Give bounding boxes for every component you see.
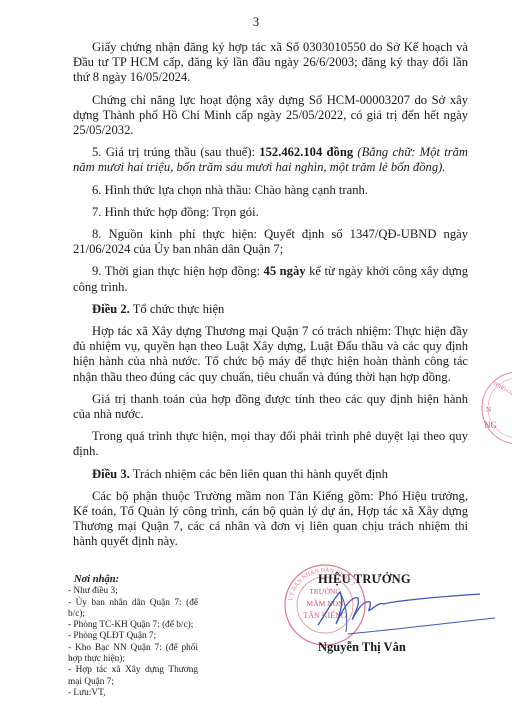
paragraph-p9: Hợp tác xã Xây dựng Thương mại Quận 7 có…: [73, 324, 468, 385]
text-run: Tổ chức thực hiện: [130, 302, 225, 316]
text-run: Các bộ phận thuộc Trường mầm non Tân Kiể…: [73, 489, 468, 549]
paragraph-p11: Trong quá trình thực hiện, mọi thay đổi …: [73, 429, 468, 459]
paragraph-p7: 9. Thời gian thực hiện hợp đồng: 45 ngày…: [73, 264, 468, 294]
recipient-item: - Như điều 3;: [68, 586, 198, 597]
paragraph-p1: Giấy chứng nhận đăng ký hợp tác xã Số 03…: [73, 40, 468, 86]
text-run: 152.462.104 đồng: [259, 145, 353, 159]
text-run: 9. Thời gian thực hiện hợp đồng:: [92, 264, 264, 278]
signer-name: Nguyễn Thị Vân: [318, 640, 406, 655]
text-run: Giá trị thanh toán của hợp đồng được tín…: [73, 392, 468, 421]
edge-stamp-fragment-1: N: [486, 406, 491, 414]
recipient-item: - Kho Bạc NN Quận 7: (để phối hợp thực h…: [68, 643, 198, 666]
paragraph-p12: Điều 3. Trách nhiệm các bên liên quan th…: [73, 467, 468, 482]
paragraph-p4: 6. Hình thức lựa chọn nhà thầu: Chào hàn…: [73, 183, 468, 198]
edge-stamp-icon: N NG TP HỒ CHÍ: [476, 368, 512, 448]
recipient-item: - Hợp tác xã Xây dựng Thương mại Quận 7;: [68, 665, 198, 688]
recipient-item: - Ủy ban nhân dân Quận 7: (để b/c);: [68, 598, 198, 621]
recipient-item: - Lưu:VT,: [68, 688, 198, 699]
text-run: Hợp tác xã Xây dựng Thương mại Quận 7 có…: [73, 324, 468, 384]
handwritten-signature-icon: [300, 580, 510, 640]
paragraph-p5: 7. Hình thức hợp đồng: Trọn gói.: [73, 205, 468, 220]
paragraph-p13: Các bộ phận thuộc Trường mầm non Tân Kiể…: [73, 489, 468, 550]
text-run: 6. Hình thức lựa chọn nhà thầu: Chào hàn…: [92, 183, 368, 197]
document-body: Giấy chứng nhận đăng ký hợp tác xã Số 03…: [73, 40, 468, 557]
recipients-title: Nơi nhận:: [74, 574, 198, 585]
paragraph-p10: Giá trị thanh toán của hợp đồng được tín…: [73, 392, 468, 422]
paragraph-p8: Điều 2. Tổ chức thực hiện: [73, 302, 468, 317]
text-run: Trong quá trình thực hiện, mọi thay đổi …: [73, 429, 468, 458]
text-run: 8. Nguồn kinh phí thực hiện: Quyết định …: [73, 227, 468, 256]
text-run: 45 ngày: [264, 264, 306, 278]
edge-stamp-fragment-2: NG: [484, 420, 497, 430]
recipient-item: - Phòng TC-KH Quận 7: (để b/c);: [68, 620, 198, 631]
paragraph-p3: 5. Giá trị trúng thầu (sau thuế): 152.46…: [73, 145, 468, 175]
text-run: Giấy chứng nhận đăng ký hợp tác xã Số 03…: [73, 40, 468, 84]
text-run: Điều 2.: [92, 302, 130, 316]
paragraph-p6: 8. Nguồn kinh phí thực hiện: Quyết định …: [73, 227, 468, 257]
recipient-item: - Phòng QLĐT Quận 7;: [68, 631, 198, 642]
text-run: 7. Hình thức hợp đồng: Trọn gói.: [92, 205, 259, 219]
text-run: Điều 3.: [92, 467, 130, 481]
page-number: 3: [0, 15, 512, 30]
text-run: Chứng chỉ năng lực hoạt động xây dựng Số…: [73, 93, 468, 137]
text-run: 5. Giá trị trúng thầu (sau thuế):: [92, 145, 259, 159]
text-run: Trách nhiệm các bên liên quan thi hành q…: [130, 467, 388, 481]
recipients-block: Nơi nhận: - Như điều 3; - Ủy ban nhân dâ…: [68, 574, 198, 699]
paragraph-p2: Chứng chỉ năng lực hoạt động xây dựng Số…: [73, 93, 468, 139]
